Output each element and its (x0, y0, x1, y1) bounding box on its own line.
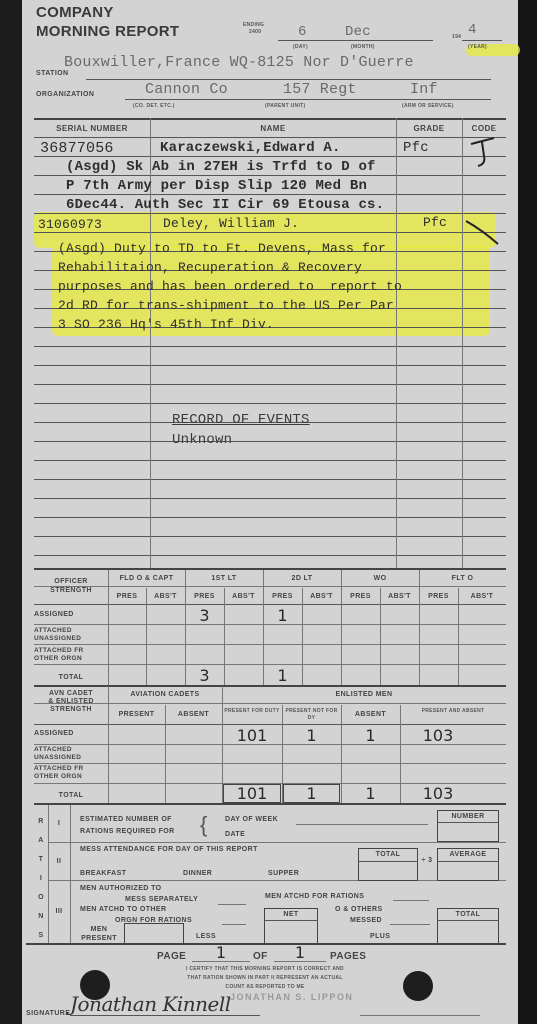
org-arm-caption: (ARM OR SERVICE) (402, 103, 454, 109)
average-box-label: AVERAGE (437, 851, 499, 858)
scan-border-right (518, 0, 537, 1024)
year-prefix: 194 (452, 34, 461, 40)
entry-serial: 31060973 (38, 217, 102, 232)
station-label: STATION (36, 70, 68, 77)
organization-label: ORGANIZATION (36, 91, 94, 98)
est-rations-label-2: RATIONS REQUIRED FOR (80, 828, 175, 835)
sub-abst: ABS'T (224, 593, 263, 600)
brace-icon: { (200, 813, 207, 837)
entry-remark-line: purposes and has been ordered to report … (58, 279, 402, 294)
row-label-attached-unassigned: ATTACHED UNASSIGNED (34, 627, 106, 643)
col-cadets-present: PRESENT (108, 711, 165, 718)
col-cadets-absent: ABSENT (165, 711, 222, 718)
row-label-assigned: ASSIGNED (34, 730, 74, 737)
enlisted-strength-title-2: & ENLISTED (34, 698, 108, 705)
enlisted-strength-title-3: STRENGTH (34, 706, 108, 713)
dinner-label: DINNER (183, 870, 212, 877)
entry-name: Karaczewski,Edward A. (160, 140, 341, 156)
sub-pres: PRES (419, 593, 458, 600)
entry-name: Deley, William J. (163, 216, 299, 231)
assigned-present-and-absent: 103 (400, 726, 476, 745)
plus-label: PLUS (370, 933, 390, 940)
signature: Jonathan Kinnell (70, 992, 231, 1016)
assigned-absent: 1 (341, 726, 400, 745)
assigned-present-for-duty: 101 (222, 726, 282, 745)
breakfast-label: BREAKFAST (80, 870, 126, 877)
date-label: DATE (225, 831, 245, 838)
entry-remark-line: (Asgd) Duty to TD to Ft. Devens, Mass fo… (58, 241, 386, 256)
col-code: CODE (462, 124, 506, 133)
sub-pres: PRES (185, 593, 224, 600)
assigned-present-not-for-duty: 1 (282, 726, 341, 745)
rations-letter: A (36, 831, 46, 850)
group-enlisted-men: ENLISTED MEN (222, 691, 506, 698)
row-label-attached-unassigned: ATTACHED UNASSIGNED (34, 746, 106, 762)
station-value: Bouxwiller,France WQ-8125 Nor D'Guerre (64, 54, 414, 71)
year-caption: (YEAR) (468, 44, 487, 50)
group-wo: WO (341, 575, 419, 582)
col-serial-number: SERIAL NUMBER (34, 124, 150, 133)
binder-hole-right (403, 971, 433, 1001)
row-label-assigned: ASSIGNED (34, 611, 74, 618)
enlisted-strength-title: AVN CADET (34, 690, 108, 697)
certification-text-2: THAT RATION SHOWN IN PART II REPRESENT A… (140, 975, 390, 981)
report-year-digit: 4 (468, 22, 477, 38)
net-box-label: NET (264, 911, 318, 918)
code-slash-icon (462, 218, 502, 248)
report-month: Dec (345, 24, 371, 40)
total-present-and-absent: 103 (400, 784, 476, 803)
certification-text-3: COUNT AS REPORTED TO ME (140, 984, 390, 990)
col-present-and-absent: PRESENT AND ABSENT (400, 708, 506, 715)
supper-label: SUPPER (268, 870, 299, 877)
total-box-2-label: TOTAL (437, 911, 499, 918)
men-atchd-other-label: MEN ATCHD TO OTHER (80, 906, 166, 913)
col-grade: GRADE (396, 124, 462, 133)
org-parent-caption: (PARENT UNIT) (265, 103, 305, 109)
number-box-label: NUMBER (437, 813, 499, 820)
total-present-not-for-duty: 1 (282, 784, 341, 803)
sub-abst: ABS'T (458, 593, 506, 600)
rations-letter: R (36, 812, 46, 831)
section-i: I (48, 820, 70, 827)
form-title-line2: MORNING REPORT (36, 23, 179, 40)
day-caption: (DAY) (293, 44, 308, 50)
men-present-label: MEN PRESENT (74, 925, 124, 943)
ending-label: ENDING (243, 22, 264, 28)
sub-abst: ABS'T (146, 593, 185, 600)
group-2d-lt: 2D LT (263, 575, 341, 582)
men-present-box (124, 923, 184, 944)
entry-remark-line: 6Dec44. Auth Sec II Cir 69 Etousa cs. (66, 197, 384, 213)
mess-separately-label: MESS SEPARATELY (125, 896, 198, 903)
page-number: 1 (192, 943, 250, 962)
day-of-week-label: DAY OF WEEK (225, 816, 278, 823)
form-title-line1: COMPANY (36, 4, 114, 21)
sub-pres: PRES (263, 593, 302, 600)
officer-strength-title: OFFICER (34, 578, 108, 585)
group-aviation-cadets: AVIATION CADETS (108, 691, 222, 698)
row-label-attached-other: ATTACHED FR OTHER ORGN (34, 647, 106, 663)
record-of-events-title: RECORD OF EVENTS (172, 412, 310, 428)
month-caption: (MONTH) (351, 44, 375, 50)
rations-letter: N (36, 907, 46, 926)
entry-remark-line: Rehabilitaion, Recuperation & Recovery (58, 260, 362, 275)
rations-letter: O (36, 888, 46, 907)
entry-grade: Pfc (423, 215, 447, 230)
section-iii: III (48, 908, 70, 915)
sub-pres: PRES (108, 593, 146, 600)
total-2d-lt-pres: 1 (263, 666, 302, 685)
section-ii: II (48, 858, 70, 865)
mess-attendance-label: MESS ATTENDANCE FOR DAY OF THIS REPORT (80, 846, 258, 853)
col-name: NAME (150, 124, 396, 133)
org-arm: Inf (410, 81, 438, 98)
certification-text: I CERTIFY THAT THIS MORNING REPORT IS CO… (140, 966, 390, 972)
of-label: OF (253, 951, 268, 962)
entry-serial: 36877056 (40, 140, 114, 157)
org-company: Cannon Co (145, 81, 228, 98)
total-present-for-duty: 101 (222, 784, 282, 803)
sub-pres: PRES (341, 593, 380, 600)
entry-grade: Pfc (403, 140, 429, 156)
divide-by-3: ÷ 3 (419, 856, 435, 865)
sub-abst: ABS'T (380, 593, 419, 600)
assigned-2d-lt-pres: 1 (263, 606, 302, 625)
group-1st-lt: 1ST LT (185, 575, 263, 582)
total-box-label: TOTAL (358, 851, 418, 858)
col-present-for-duty: PRESENT FOR DUTY (222, 708, 282, 715)
col-absent: ABSENT (341, 711, 400, 718)
total-absent: 1 (341, 784, 400, 803)
entry-remark-line: 3 SO 236 Hq's 45th Inf Div. (58, 317, 274, 332)
page-total: 1 (274, 943, 326, 962)
ending-time: 2400 (249, 29, 261, 35)
assigned-1st-lt-pres: 3 (185, 606, 224, 625)
page-label: PAGE (157, 951, 186, 962)
rations-letter: T (36, 850, 46, 869)
rations-letter: S (36, 926, 46, 945)
report-day: 6 (298, 24, 307, 40)
pages-label: PAGES (330, 951, 366, 962)
less-label: LESS (196, 933, 216, 940)
group-fld-o-capt: FLD O & CAPT (108, 575, 185, 582)
org-parent-unit: 157 Regt (283, 81, 357, 98)
rations-letter: I (36, 869, 46, 888)
col-present-not-for-duty: PRESENT NOT FOR DY (282, 708, 341, 722)
group-flt-o: FLT O (419, 575, 506, 582)
est-rations-label: ESTIMATED NUMBER OF (80, 816, 172, 823)
men-atchd-rations-label: MEN ATCHD FOR RATIONS (265, 893, 364, 900)
row-label-total: TOTAL (34, 674, 108, 681)
entry-remark-line: 2d RD for trans-shipment to the US Per P… (58, 298, 394, 313)
entry-remark-line: (Asgd) Sk Ab in 27EH is Trfd to D of (66, 159, 376, 175)
org-company-caption: (CO. DET. ETC.) (133, 103, 175, 109)
total-1st-lt-pres: 3 (185, 666, 224, 685)
men-authorized-label: MEN AUTHORIZED TO (80, 885, 161, 892)
officer-strength-title-2: STRENGTH (34, 587, 108, 594)
entry-remark-line: P 7th Army per Disp Slip 120 Med Bn (66, 178, 367, 194)
row-label-attached-other: ATTACHED FR OTHER ORGN (34, 765, 106, 781)
messed-label: MESSED (350, 917, 382, 924)
typed-officer-name: JONATHAN S. LIPPON (230, 992, 353, 1002)
signature-label: SIGNATURE (26, 1010, 70, 1017)
code-check-icon (468, 134, 500, 170)
sub-abst: ABS'T (302, 593, 341, 600)
record-of-events-value: Unknown (172, 432, 232, 448)
o-others-label: O & OTHERS (335, 906, 383, 913)
row-label-total: TOTAL (34, 792, 108, 799)
